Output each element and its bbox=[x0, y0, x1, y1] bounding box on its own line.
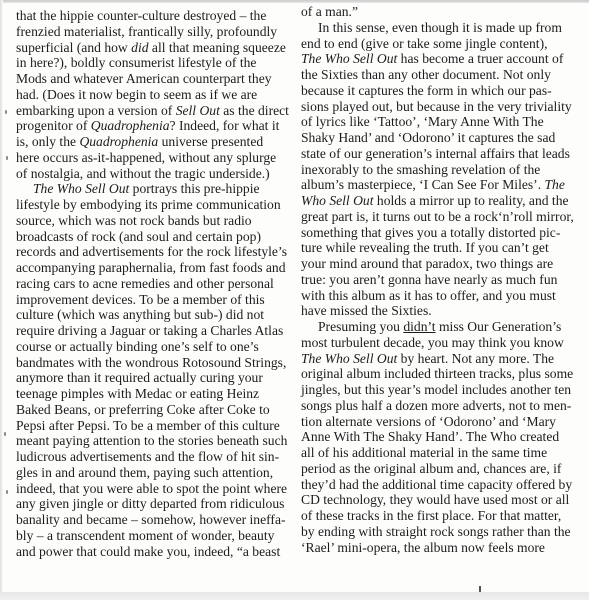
text-line: album’s masterpiece, ‘I Can See For Mile… bbox=[301, 177, 581, 193]
text-line: of lyrics like ‘Tattoo’, ‘Mary Anne With… bbox=[301, 114, 581, 130]
body-text: by ending with straight rock songs rathe… bbox=[301, 524, 571, 539]
text-line: culture (which was anything but sub-) di… bbox=[16, 307, 286, 323]
body-text: anymore than it required actually curing… bbox=[16, 370, 263, 385]
text-line: jingles, but this year’s model includes … bbox=[301, 382, 581, 398]
right-text-column: of a man.”In this sense, even though it … bbox=[301, 4, 581, 555]
body-text: is, only the bbox=[16, 134, 79, 149]
body-text: miss Our Generation’s bbox=[436, 319, 562, 334]
italic-title-text: The Who Sell Out bbox=[301, 351, 397, 366]
body-text: indeed, that you were able to spot the p… bbox=[16, 481, 287, 496]
body-text: and power that could make you, indeed, “… bbox=[16, 544, 280, 559]
body-text: progenitor of bbox=[16, 118, 91, 133]
body-text: in here?), boldly consumerist lifestyle … bbox=[16, 55, 256, 70]
text-line: in here?), boldly consumerist lifestyle … bbox=[16, 55, 286, 71]
body-text: tion alternate versions of ‘Odorono’ and… bbox=[301, 414, 556, 429]
body-text: teenage pimples with Medac or eating Hei… bbox=[16, 386, 259, 401]
text-line: and power that could make you, indeed, “… bbox=[16, 544, 286, 560]
body-text: that the hippie counter-culture destroye… bbox=[16, 8, 266, 23]
italic-title-text: The Who Sell Out bbox=[301, 51, 397, 66]
text-line: anymore than it required actually curing… bbox=[16, 370, 286, 386]
body-text: here occurs as-it-happened, without any … bbox=[16, 150, 276, 165]
text-line: gles in and around them, paying such att… bbox=[16, 465, 286, 481]
text-line: true: you aren’t gonna have nearly as mu… bbox=[301, 272, 581, 288]
body-text: all that meaning squeeze bbox=[149, 40, 286, 55]
body-text: lifestyle by embodying its prime communi… bbox=[16, 197, 281, 212]
text-line: Anne With The Shaky Hand’. The Who creat… bbox=[301, 429, 581, 445]
body-text: because it captures the form in which ou… bbox=[301, 83, 552, 98]
body-text: ture while revealing the truth. If you c… bbox=[301, 240, 549, 255]
body-text: inexorably to the smashing revelation of… bbox=[301, 162, 540, 177]
text-line: songs plus half a dozen more adverts, no… bbox=[301, 398, 581, 414]
text-line: The Who Sell Out by heart. Not any more.… bbox=[301, 351, 581, 367]
text-line: ludicrous advertisements and the flow of… bbox=[16, 449, 286, 465]
page-left-edge bbox=[0, 0, 3, 600]
text-line: your mind around that paradox, two thing… bbox=[301, 256, 581, 272]
body-text: has become a truer account of bbox=[397, 51, 563, 66]
text-line: The Who Sell Out portrays this pre-hippi… bbox=[16, 181, 286, 197]
text-line: racing cars to acne remedies and other p… bbox=[16, 276, 286, 292]
text-line: superficial (and how did all that meanin… bbox=[16, 40, 286, 56]
text-line: source, which was not rock bands but rad… bbox=[16, 213, 286, 229]
text-line: with this album as it has to offer, and … bbox=[301, 288, 581, 304]
body-text: improvement devices. To be a member of t… bbox=[16, 292, 265, 307]
body-text: had. (Does it now begin to seem as if we… bbox=[16, 87, 257, 102]
text-line: Baked Beans, or preferring Coke after Co… bbox=[16, 402, 286, 418]
text-line: of these tracks in the first place. For … bbox=[301, 508, 581, 524]
body-text: any given jingle or ditty departed from … bbox=[16, 496, 284, 511]
body-text: sions played out, but because in the ver… bbox=[301, 99, 572, 114]
body-text: bly – a transcendent moment of wonder, b… bbox=[16, 528, 274, 543]
scan-speck bbox=[6, 156, 8, 160]
body-text: Presuming you bbox=[318, 319, 403, 334]
body-text: by heart. Not any more. The bbox=[397, 351, 554, 366]
body-text: of lyrics like ‘Tattoo’, ‘Mary Anne With… bbox=[301, 114, 544, 129]
text-line: require driving a Jaguar or taking a Cha… bbox=[16, 323, 286, 339]
body-text: banality and became – somehow, however i… bbox=[16, 512, 286, 527]
body-text: culture (which was anything but sub-) di… bbox=[16, 307, 264, 322]
text-line: because it captures the form in which ou… bbox=[301, 83, 581, 99]
body-text: accompanying paraphernalia, from fast fo… bbox=[16, 260, 286, 275]
text-line: indeed, that you were able to spot the p… bbox=[16, 481, 286, 497]
body-text: frenzied materialist, frantically silly,… bbox=[16, 24, 277, 39]
body-text: of these tracks in the first place. For … bbox=[301, 508, 561, 523]
text-line: The Who Sell Out has become a truer acco… bbox=[301, 51, 581, 67]
body-text: period as the original album and, chance… bbox=[301, 461, 561, 476]
text-line: had. (Does it now begin to seem as if we… bbox=[16, 87, 286, 103]
text-line: ture while revealing the truth. If you c… bbox=[301, 240, 581, 256]
underlined-text: didn’t bbox=[403, 319, 435, 334]
body-text: require driving a Jaguar or taking a Cha… bbox=[16, 323, 283, 338]
body-text: original album included thirteen tracks,… bbox=[301, 366, 573, 381]
italic-title-text: Who Sell Out bbox=[301, 193, 374, 208]
text-line: the Sixties than any other document. Not… bbox=[301, 67, 581, 83]
text-line: bandmates with the wondrous Rotosound St… bbox=[16, 355, 286, 371]
body-text: album’s masterpiece, ‘I Can See For Mile… bbox=[301, 177, 545, 192]
text-line: Shaky Hand’ and ‘Odorono’ it captures th… bbox=[301, 130, 581, 146]
body-text: source, which was not rock bands but rad… bbox=[16, 213, 252, 228]
text-line: inexorably to the smashing revelation of… bbox=[301, 162, 581, 178]
body-text: In this sense, even though it is made up… bbox=[318, 20, 562, 35]
text-line: bly – a transcendent moment of wonder, b… bbox=[16, 528, 286, 544]
text-line: that the hippie counter-culture destroye… bbox=[16, 8, 286, 24]
body-text: racing cars to acne remedies and other p… bbox=[16, 276, 274, 291]
italic-title-text: Sell Out bbox=[176, 103, 220, 118]
body-text: something that gives you a totally disto… bbox=[301, 225, 560, 240]
body-text: Mods and whatever American counterpart t… bbox=[16, 71, 272, 86]
page-bottom-edge bbox=[0, 592, 589, 600]
body-text: Shaky Hand’ and ‘Odorono’ it captures th… bbox=[301, 130, 555, 145]
text-line: great part is, it turns out to be a rock… bbox=[301, 209, 581, 225]
text-line: by ending with straight rock songs rathe… bbox=[301, 524, 581, 540]
body-text: have missed the Sixties. bbox=[301, 303, 432, 318]
text-line: teenage pimples with Medac or eating Hei… bbox=[16, 386, 286, 402]
text-line: period as the original album and, chance… bbox=[301, 461, 581, 477]
text-line: course or actually binding one’s self to… bbox=[16, 339, 286, 355]
scan-speck bbox=[4, 432, 6, 436]
body-text: universe presented bbox=[158, 134, 263, 149]
body-text: meant paying attention to the stories be… bbox=[16, 433, 287, 448]
body-text: broadcasts of rock (and soul and certain… bbox=[16, 229, 261, 244]
text-line: improvement devices. To be a member of t… bbox=[16, 292, 286, 308]
page-top-edge bbox=[0, 0, 589, 3]
text-line: meant paying attention to the stories be… bbox=[16, 433, 286, 449]
italic-title-text: Quadrophenia bbox=[91, 118, 170, 133]
text-line: Mods and whatever American counterpart t… bbox=[16, 71, 286, 87]
body-text: ‘Rael’ mini-opera, the album now feels m… bbox=[301, 540, 545, 555]
body-text: ludicrous advertisements and the flow of… bbox=[16, 449, 279, 464]
body-text: CD technology, they would have used most… bbox=[301, 492, 569, 507]
scanned-page: that the hippie counter-culture destroye… bbox=[0, 0, 589, 600]
body-text: embarking upon a version of bbox=[16, 103, 176, 118]
text-line: broadcasts of rock (and soul and certain… bbox=[16, 229, 286, 245]
text-line: something that gives you a totally disto… bbox=[301, 225, 581, 241]
left-text-column: that the hippie counter-culture destroye… bbox=[16, 8, 286, 559]
body-text: bandmates with the wondrous Rotosound St… bbox=[16, 355, 286, 370]
italic-title-text: The bbox=[545, 177, 565, 192]
italic-title-text: Quadrophenia bbox=[79, 134, 158, 149]
body-text: they’d had the additional time capacity … bbox=[301, 477, 572, 492]
body-text: gles in and around them, paying such att… bbox=[16, 465, 273, 480]
body-text: holds a mirror up to reality, and the bbox=[374, 193, 569, 208]
text-line: records and advertisements for the rock … bbox=[16, 244, 286, 260]
body-text: great part is, it turns out to be a rock… bbox=[301, 209, 574, 224]
text-line: accompanying paraphernalia, from fast fo… bbox=[16, 260, 286, 276]
text-line: lifestyle by embodying its prime communi… bbox=[16, 197, 286, 213]
text-line: state of our generation’s internal affai… bbox=[301, 146, 581, 162]
body-text: as the direct bbox=[220, 103, 289, 118]
text-line: frenzied materialist, frantically silly,… bbox=[16, 24, 286, 40]
text-line: In this sense, even though it is made up… bbox=[301, 20, 581, 36]
body-text: of a man.” bbox=[301, 4, 358, 19]
text-line: they’d had the additional time capacity … bbox=[301, 477, 581, 493]
text-line: here occurs as-it-happened, without any … bbox=[16, 150, 286, 166]
text-line: most turbulent decade, you may think you… bbox=[301, 335, 581, 351]
text-line: of nostalgia, and without the tragic und… bbox=[16, 166, 286, 182]
body-text: your mind around that paradox, two thing… bbox=[301, 256, 553, 271]
body-text: superficial (and how bbox=[16, 40, 131, 55]
body-text: portrays this pre-hippie bbox=[129, 181, 259, 196]
text-line: end to end (give or take some jingle con… bbox=[301, 36, 581, 52]
body-text: jingles, but this year’s model includes … bbox=[301, 382, 571, 397]
text-line: all of his additional material in the sa… bbox=[301, 445, 581, 461]
text-line: original album included thirteen tracks,… bbox=[301, 366, 581, 382]
body-text: Baked Beans, or preferring Coke after Co… bbox=[16, 402, 270, 417]
text-line: embarking upon a version of Sell Out as … bbox=[16, 103, 286, 119]
italic-title-text: did bbox=[131, 40, 148, 55]
body-text: the Sixties than any other document. Not… bbox=[301, 67, 551, 82]
text-line: banality and became – somehow, however i… bbox=[16, 512, 286, 528]
body-text: ? Indeed, for what it bbox=[170, 118, 280, 133]
text-line: tion alternate versions of ‘Odorono’ and… bbox=[301, 414, 581, 430]
text-line: Pepsi after Pepsi. To be a member of thi… bbox=[16, 418, 286, 434]
body-text: Pepsi after Pepsi. To be a member of thi… bbox=[16, 418, 280, 433]
text-line: Presuming you didn’t miss Our Generation… bbox=[301, 319, 581, 335]
text-line: Who Sell Out holds a mirror up to realit… bbox=[301, 193, 581, 209]
body-text: all of his additional material in the sa… bbox=[301, 445, 547, 460]
text-line: CD technology, they would have used most… bbox=[301, 492, 581, 508]
text-line: have missed the Sixties. bbox=[301, 303, 581, 319]
scan-speck bbox=[6, 490, 8, 494]
body-text: most turbulent decade, you may think you… bbox=[301, 335, 564, 350]
body-text: end to end (give or take some jingle con… bbox=[301, 36, 548, 51]
text-line: is, only the Quadrophenia universe prese… bbox=[16, 134, 286, 150]
body-text: records and advertisements for the rock … bbox=[16, 244, 287, 259]
text-line: of a man.” bbox=[301, 4, 581, 20]
body-text: Anne With The Shaky Hand’. The Who creat… bbox=[301, 429, 559, 444]
body-text: with this album as it has to offer, and … bbox=[301, 288, 556, 303]
text-line: sions played out, but because in the ver… bbox=[301, 99, 581, 115]
body-text: songs plus half a dozen more adverts, no… bbox=[301, 398, 571, 413]
body-text: of nostalgia, and without the tragic und… bbox=[16, 166, 270, 181]
body-text: true: you aren’t gonna have nearly as mu… bbox=[301, 272, 557, 287]
body-text: state of our generation’s internal affai… bbox=[301, 146, 570, 161]
italic-title-text: The Who Sell Out bbox=[33, 181, 129, 196]
body-text: course or actually binding one’s self to… bbox=[16, 339, 259, 354]
text-line: progenitor of Quadrophenia? Indeed, for … bbox=[16, 118, 286, 134]
scan-speck bbox=[5, 110, 7, 114]
text-line: ‘Rael’ mini-opera, the album now feels m… bbox=[301, 540, 581, 556]
text-line: any given jingle or ditty departed from … bbox=[16, 496, 286, 512]
